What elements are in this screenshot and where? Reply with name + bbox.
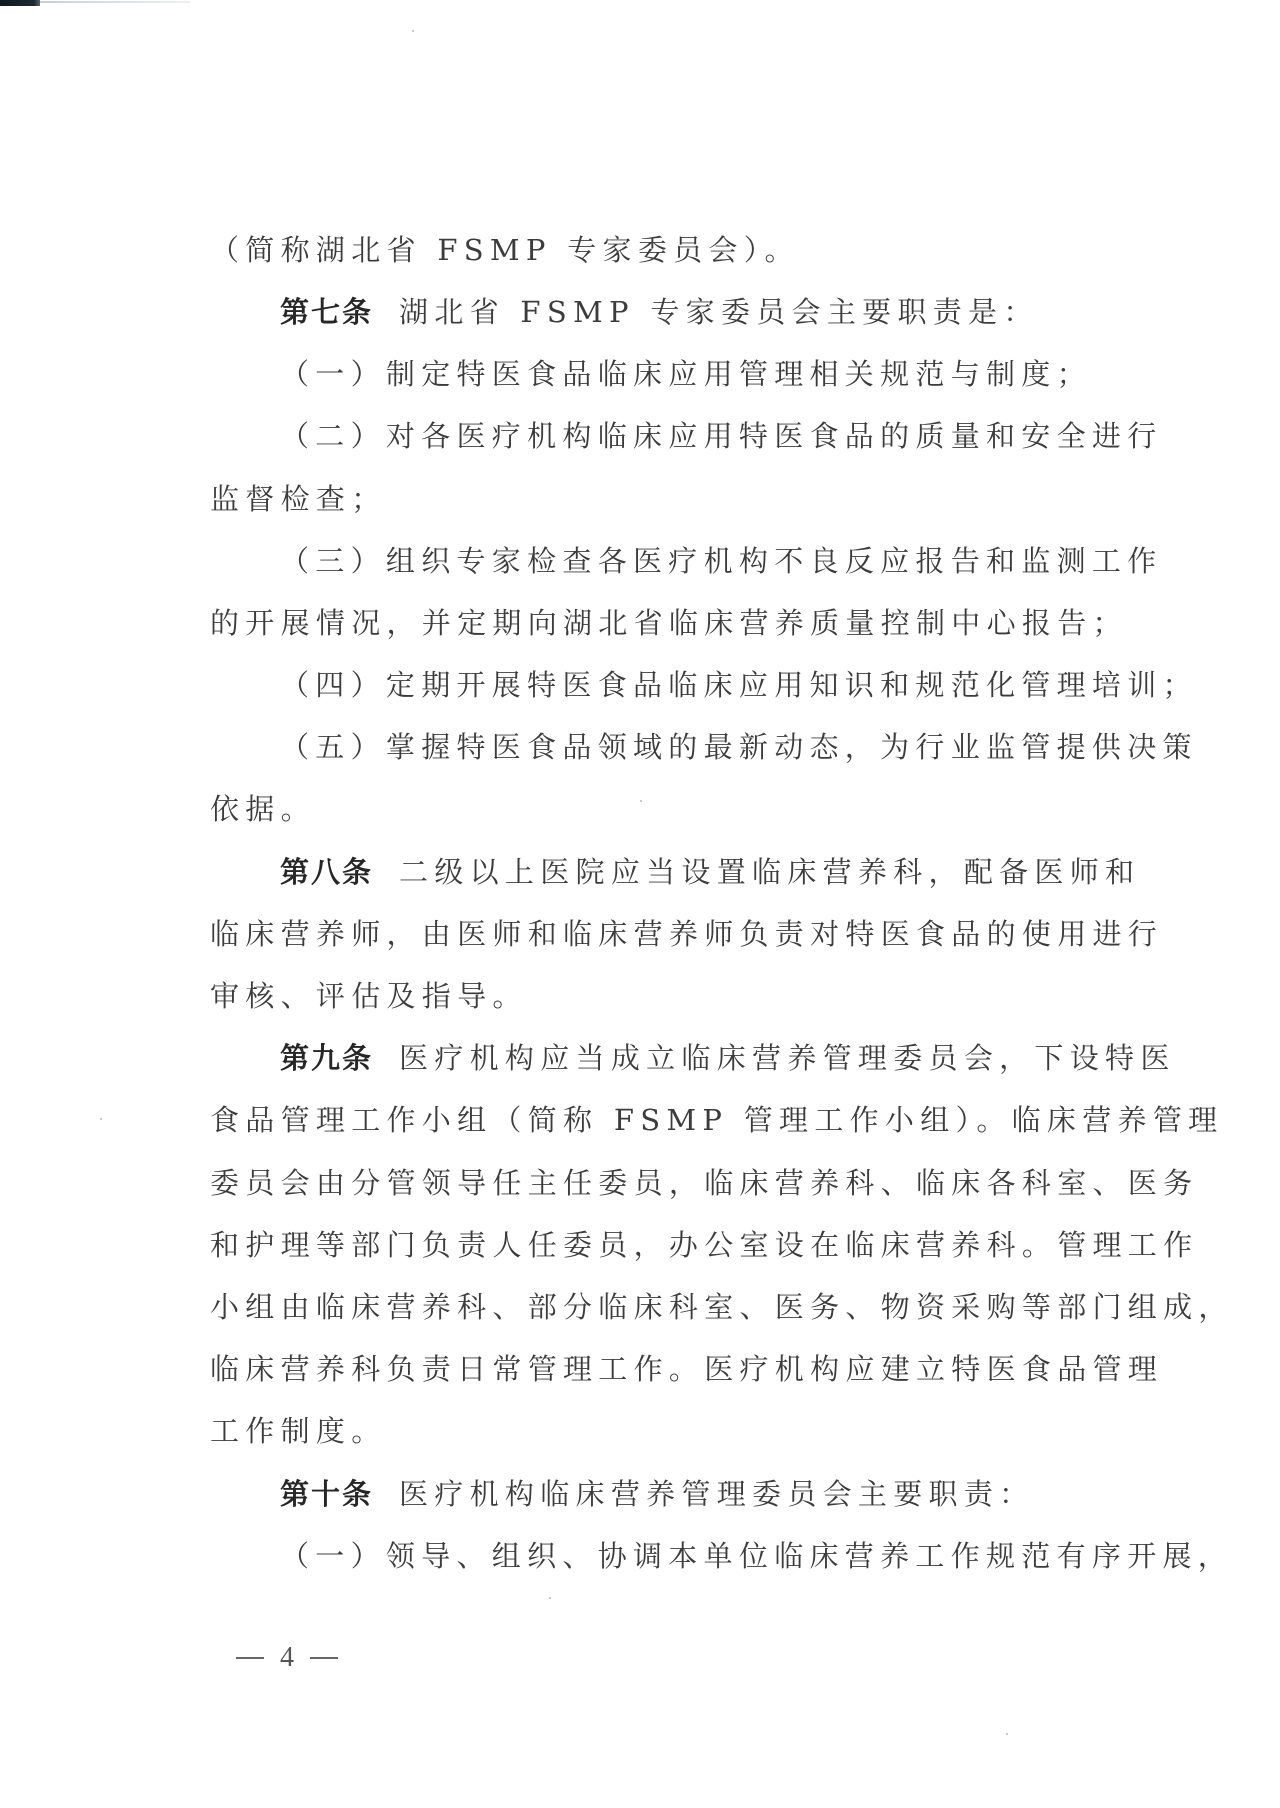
dash-left [236, 1657, 264, 1659]
line-text: （一）制定特医食品临床应用管理相关规范与制度； [280, 357, 1092, 391]
scan-speck [100, 1118, 102, 1120]
text-line-16: 委员会由分管领导任主任委员，临床营养科、临床各科室、医务 [210, 1163, 1170, 1203]
text-line-13: 审核、评估及指导。 [210, 976, 1170, 1016]
article-9-heading-line: 第九条医疗机构应当成立临床营养管理委员会，下设特医 [280, 1038, 1240, 1078]
text-line-1: （简称湖北省 FSMP 专家委员会）。 [210, 230, 1170, 270]
text-line-18: 小组由临床营养科、部分临床科室、医务、物资采购等部门组成， [210, 1287, 1170, 1327]
page-number: 4 [236, 1640, 338, 1676]
line-text: （一）领导、组织、协调本单位临床营养工作规范有序开展， [280, 1539, 1233, 1573]
line-text: 二级以上医院应当设置临床营养科，配备医师和 [399, 855, 1140, 889]
text-line-4: （二）对各医疗机构临床应用特医食品的质量和安全进行 [280, 416, 1240, 456]
text-line-6: （三）组织专家检查各医疗机构不良反应报告和监测工作 [280, 541, 1240, 581]
line-text: 和护理等部门负责人任委员，办公室设在临床营养科。管理工作 [210, 1228, 1198, 1262]
line-text: 工作制度。 [210, 1414, 387, 1448]
line-text: 医疗机构应当成立临床营养管理委员会，下设特医 [399, 1041, 1176, 1075]
page-number-value: 4 [280, 1640, 294, 1676]
article-label: 第十条 [280, 1477, 373, 1511]
article-label: 第八条 [280, 855, 373, 889]
text-line-12: 临床营养师，由医师和临床营养师负责对特医食品的使用进行 [210, 914, 1170, 954]
article-8-heading-line: 第八条二级以上医院应当设置临床营养科，配备医师和 [280, 852, 1240, 892]
line-text: 临床营养科负责日常管理工作。医疗机构应建立特医食品管理 [210, 1352, 1163, 1386]
article-7-heading-line: 第七条湖北省 FSMP 专家委员会主要职责是： [280, 292, 1240, 332]
line-text: （五）掌握特医食品领域的最新动态，为行业监管提供决策 [280, 730, 1198, 764]
text-line-8: （四）定期开展特医食品临床应用知识和规范化管理培训； [280, 665, 1240, 705]
text-line-22: （一）领导、组织、协调本单位临床营养工作规范有序开展， [280, 1536, 1240, 1576]
line-text: 小组由临床营养科、部分临床科室、医务、物资采购等部门组成， [210, 1290, 1234, 1324]
text-line-20: 工作制度。 [210, 1411, 1170, 1451]
document-page: （简称湖北省 FSMP 专家委员会）。 第七条湖北省 FSMP 专家委员会主要职… [0, 0, 1280, 1808]
text-line-5: 监督检查； [210, 479, 1170, 519]
article-label: 第九条 [280, 1041, 373, 1075]
text-line-3: （一）制定特医食品临床应用管理相关规范与制度； [280, 354, 1240, 394]
line-text: 食品管理工作小组（简称 FSMP 管理工作小组）。临床营养管理 [210, 1103, 1223, 1137]
text-line-17: 和护理等部门负责人任委员，办公室设在临床营养科。管理工作 [210, 1225, 1170, 1265]
line-text: 医疗机构临床营养管理委员会主要职责： [399, 1477, 1034, 1511]
line-text: 的开展情况，并定期向湖北省临床营养质量控制中心报告； [210, 606, 1128, 640]
article-10-heading-line: 第十条医疗机构临床营养管理委员会主要职责： [280, 1474, 1240, 1514]
dash-right [310, 1657, 338, 1659]
scan-speck [549, 1597, 551, 1599]
text-line-7: 的开展情况，并定期向湖北省临床营养质量控制中心报告； [210, 603, 1170, 643]
line-text: 监督检查； [210, 482, 387, 516]
text-line-10: 依据。 [210, 789, 1170, 829]
text-line-19: 临床营养科负责日常管理工作。医疗机构应建立特医食品管理 [210, 1349, 1170, 1389]
text-line-9: （五）掌握特医食品领域的最新动态，为行业监管提供决策 [280, 727, 1240, 767]
line-text: 临床营养师，由医师和临床营养师负责对特医食品的使用进行 [210, 917, 1163, 951]
line-text: （四）定期开展特医食品临床应用知识和规范化管理培训； [280, 668, 1198, 702]
scan-speck [412, 30, 414, 32]
line-text: 依据。 [210, 792, 316, 826]
line-text: 委员会由分管领导任主任委员，临床营养科、临床各科室、医务 [210, 1166, 1198, 1200]
line-text: （二）对各医疗机构临床应用特医食品的质量和安全进行 [280, 419, 1163, 453]
line-text: 湖北省 FSMP 专家委员会主要职责是： [399, 295, 1039, 329]
line-text: （三）组织专家检查各医疗机构不良反应报告和监测工作 [280, 544, 1163, 578]
line-text: （简称湖北省 FSMP 专家委员会）。 [210, 233, 800, 267]
text-line-15: 食品管理工作小组（简称 FSMP 管理工作小组）。临床营养管理 [210, 1100, 1170, 1140]
scan-speck [1006, 1733, 1008, 1735]
scan-speck [640, 800, 642, 802]
line-text: 审核、评估及指导。 [210, 979, 528, 1013]
article-label: 第七条 [280, 295, 373, 329]
